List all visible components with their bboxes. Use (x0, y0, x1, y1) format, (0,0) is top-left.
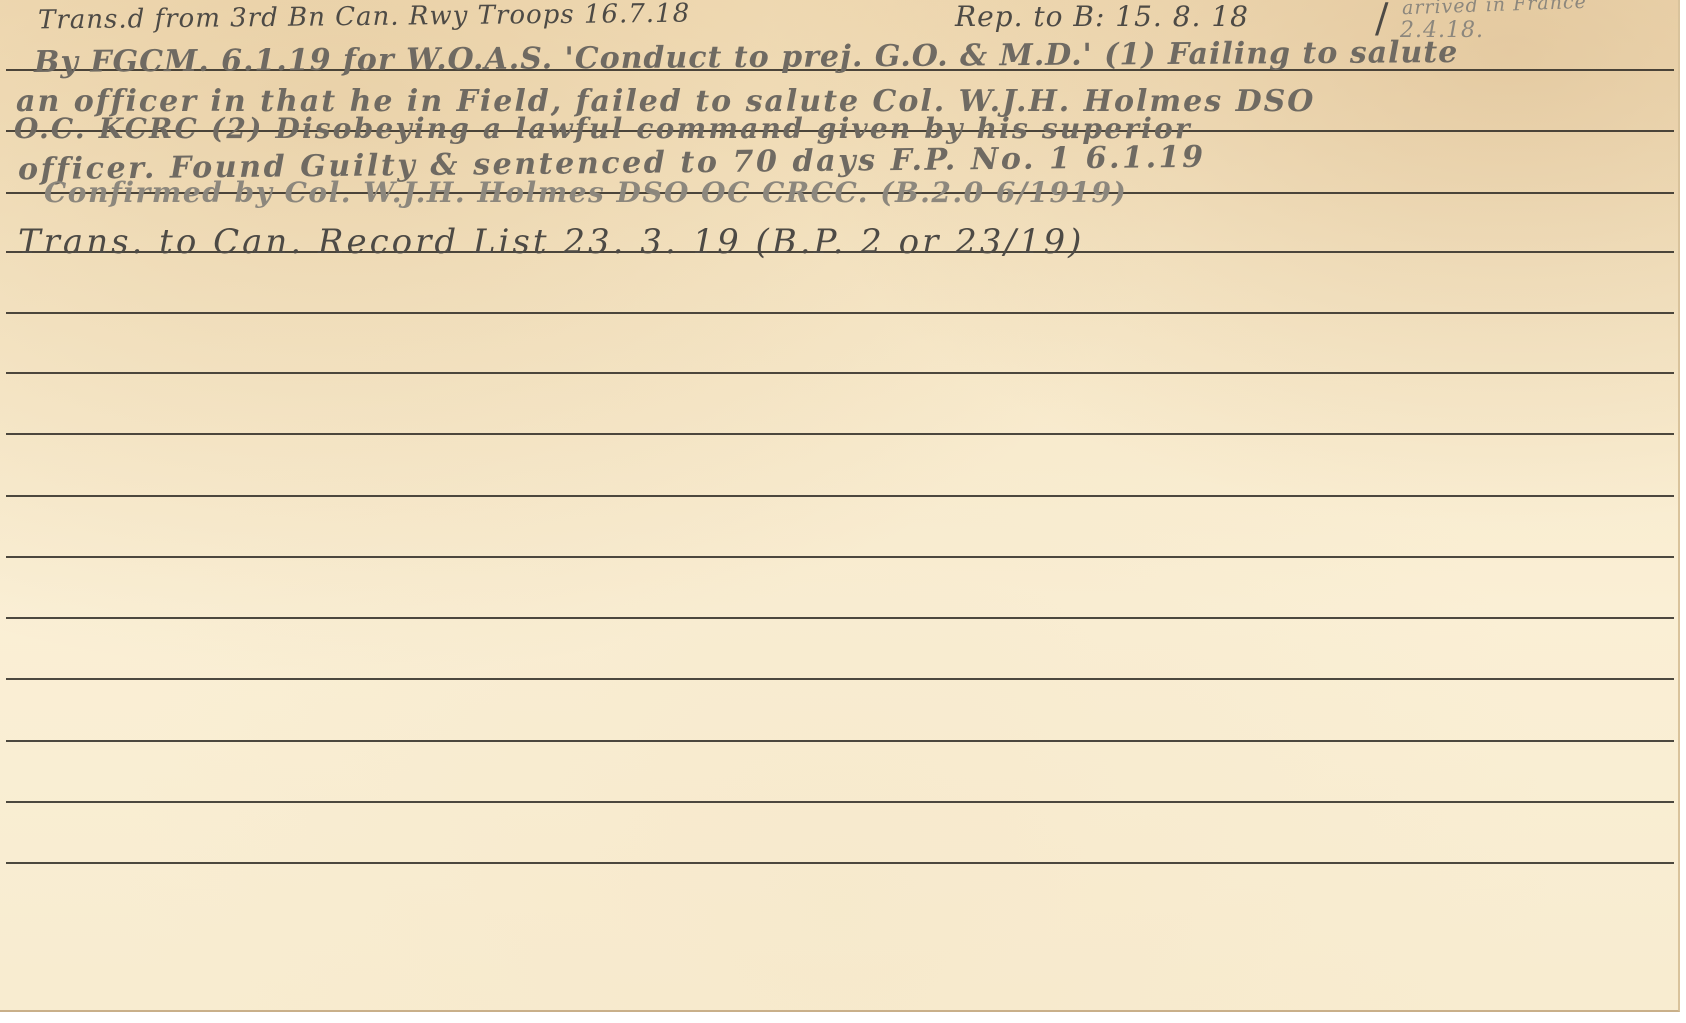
ruled-line (6, 678, 1674, 680)
ruled-line (6, 617, 1674, 619)
entry-line-6: Trans. to Can. Record List 23. 3. 19 (B.… (18, 222, 1084, 262)
entry-line-5: Confirmed by Col. W.J.H. Holmes DSO OC C… (44, 176, 1127, 209)
ruled-line (6, 372, 1674, 374)
entry-line-3: O.C. KCRC (2) Disobeying a lawful comman… (14, 112, 1192, 145)
reported-note: Rep. to B: 15. 8. 18 (955, 0, 1249, 33)
transfer-note: Trans.d from 3rd Bn Can. Rwy Troops 16.7… (38, 0, 690, 35)
arrived-note: arrived in France (1402, 0, 1587, 19)
ruled-line (6, 740, 1674, 742)
entry-line-1: By FGCM. 6.1.19 for W.O.A.S. 'Conduct to… (34, 35, 1458, 80)
ruled-line (6, 556, 1674, 558)
ruled-line (6, 495, 1674, 497)
ruled-line (6, 433, 1674, 435)
index-card: Trans.d from 3rd Bn Can. Rwy Troops 16.7… (0, 0, 1680, 1012)
ruled-line (6, 801, 1674, 803)
ruled-line (6, 862, 1674, 864)
ruled-line (6, 312, 1674, 314)
